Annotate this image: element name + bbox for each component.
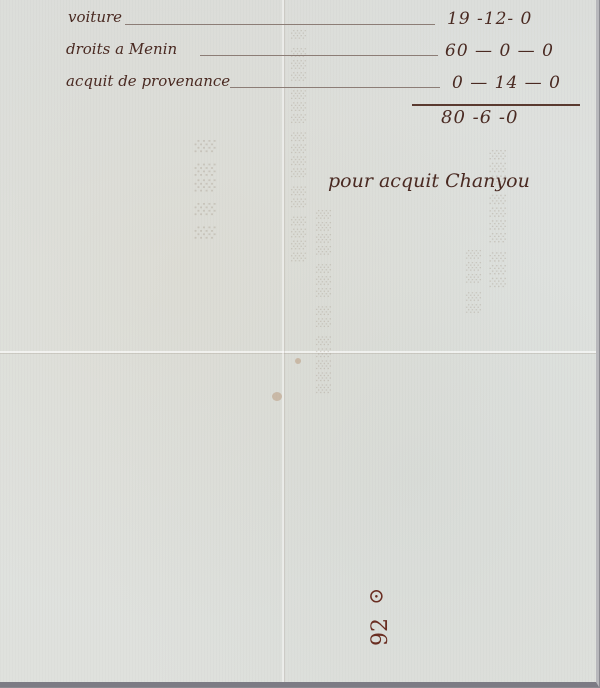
vertical-fold — [282, 0, 284, 682]
bleed-through-text: ░ ░░░ ░░░ ░░░░ ░░ ░░░░ — [290, 30, 305, 265]
stain — [295, 358, 301, 364]
leader-line — [125, 24, 435, 25]
total-rule — [412, 104, 580, 106]
bleed-through-text: ░░░░ ░░░ ░░ ░░░░░ — [315, 210, 330, 396]
paper-sheet: ░ ░░░ ░░░ ░░░░ ░░ ░░░░ ░░░░ ░░░ ░░ ░░░░░… — [0, 0, 599, 687]
bleed-through-text: ░ ░░ ░ ░ — [194, 140, 215, 242]
line-item-label: droits a Menin — [66, 40, 177, 58]
leader-line — [200, 55, 438, 56]
bleed-through-text: ░░░ ░░ — [465, 250, 480, 316]
line-item-amount: 60 — 0 — 0 — [445, 41, 554, 61]
signature: pour acquit Chanyou — [328, 170, 530, 192]
line-item-amount: 19 -12- 0 — [447, 9, 532, 29]
line-item-amount: 0 — 14 — 0 — [452, 73, 561, 93]
leader-line — [230, 87, 440, 88]
line-item-label: acquit de provenance — [66, 72, 230, 90]
total-amount: 80 -6 -0 — [441, 107, 518, 128]
line-item-label: voiture — [68, 8, 122, 26]
reversed-note: 92 — [368, 618, 393, 646]
stain — [272, 392, 282, 401]
reversed-mark: ⊙ — [368, 585, 385, 609]
horizontal-fold — [0, 351, 596, 353]
